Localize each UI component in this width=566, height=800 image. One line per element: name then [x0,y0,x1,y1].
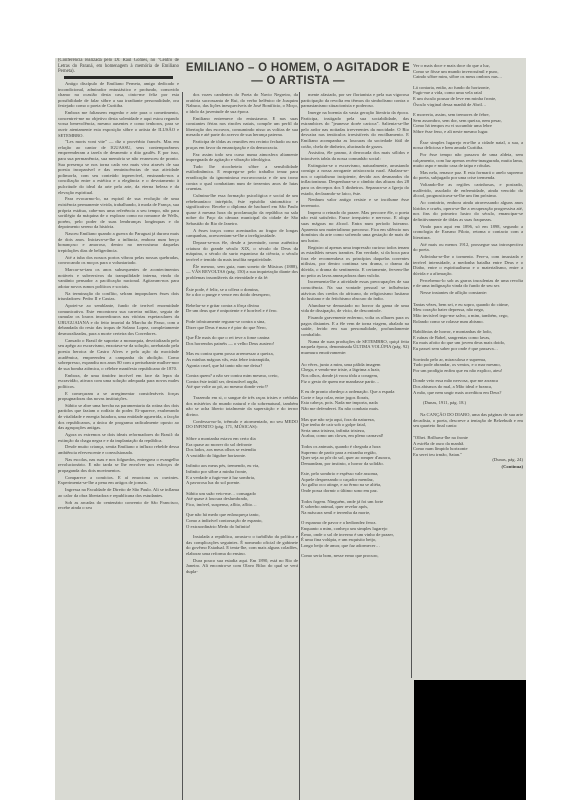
paragraph: Agora os extremos se dois ideais reforma… [58,432,179,443]
paragraph: Tudo lhe ricocheteia sôbre a sensibilida… [186,164,298,192]
paragraph: Assistira, êle pasmo, à derrocada dos ma… [301,150,409,161]
paragraph: Confessa-no-lo, trêmulo e atormentado, n… [186,419,298,430]
strikethrough-line [64,76,173,79]
paragraph: Nasceu Emiliano quando a guerra do Parag… [58,231,179,253]
paragraph: Numa de suas produções de SETEMBRO, quiç… [301,339,409,356]
paragraph: "Les morts vont vite" — diz o provérbio … [58,139,179,195]
paragraph: Faz assim todo seu curso numa atmosfera … [186,152,298,163]
column-4-verses: Tantas vêzes, bem sei, e eu sopro, quand… [413,297,523,400]
paragraph: Adivinha-se-lhe o tormento. Fere-a, com … [413,254,523,276]
paragraph: Nas escolas, nas ruas e nos folguedos, e… [58,457,179,474]
continued-label: (Continua) [413,464,523,470]
paragraph: Culmina-lhe essa formação psicológica e … [186,193,298,227]
paragraph: Imerge na boemia da vasta geração literá… [301,110,409,149]
column-4-verses-top: Ver o mais doce e mais doce do que a luz… [413,58,523,140]
newspaper-scan: EMILIANO – O HOMEM, O AGITADOR E — O ART… [55,58,526,800]
column-2-verses-after: Sôbre a montanha estava em certo diaEra … [186,431,298,534]
title-line-2: — O ARTISTA — [183,75,413,88]
column-divider [182,92,183,800]
paragraph: Cansado o Brasil de suportar a monarquia… [58,338,179,372]
paragraph: Êsse simples lugarejo era-lhe a cidade n… [413,140,523,151]
paragraph: Mas nela, renasce paz. E esta formará o … [413,170,523,181]
column-3-paragraphs: mente afastado, por ser florianista e pe… [301,92,409,356]
paragraph: dos vozes candentes do Poeta do Navio Ne… [186,92,298,114]
verse-line: Mão invisível tego-me salvo, a mim, tamb… [413,313,523,319]
paragraph: Dura pouco sua estadia aqui. Em 1890, es… [186,558,298,575]
paragraph: Na terminação do conflito, selram impopu… [58,291,179,302]
paragraph: Voltando-lhe as regiões carinhosas, e po… [413,182,523,199]
paragraph: Antigo discípulo de Emiliano Perneta, am… [58,81,179,109]
paragraph: Ingressa na Faculdade de Direito de São … [58,487,179,498]
paragraph: Depara-se-nos êle, desde a juventude, co… [186,240,298,262]
title-line-1: EMILIANO – O HOMEM, O AGITADOR E [183,62,413,75]
paragraph: Êle mesmo, sem guia, num soneto de Músic… [186,264,298,281]
paragraph: Afundara-se demasiado no horror da gama … [301,303,409,314]
paragraph: Para evocarmo-lo, na espiral de sua evol… [58,196,179,230]
paragraph: Na CANÇÃO DO DIABO, uma das páginas de s… [413,412,523,429]
paragraph: Até mais ou menos 1912, prossegue sua in… [413,242,523,253]
verse-line: E eu de pronto obedeço a ordenação. Que … [301,389,409,395]
paragraph: Embora, de uma timidez incrível em face … [58,373,179,390]
paragraph: Percebemo-lo sob as garras truculentas d… [413,278,523,289]
column-1: (Conferência realizada pelo Dr. Raul Gom… [58,58,179,512]
paragraph: E começaram a se arregimentar consideráv… [58,391,179,402]
column-3-closing: Como seria bom, nesse ermo que procuro, [301,553,409,559]
paragraph: Sob as arcadas do centenário convento de… [58,500,179,511]
column-divider [411,118,412,678]
paragraph: Incrementa-lhe a atividade essas preocup… [301,279,409,301]
paragraph: Trazendo em si, o sangue de três raças t… [186,395,298,417]
paragraph: Emiliano entremece do entusiasmo. E nas … [186,116,298,138]
paragraph: Extinguira-se o escravismo, naturalmente… [301,163,409,197]
column-1-paragraphs: Antigo discípulo de Emiliano Perneta, am… [58,81,179,511]
column-2-paragraphs: dos vozes candentes do Poeta do Navio Ne… [186,92,298,281]
column-4-verses-after: "Olhei. Brilhava-lhe na fronteA estrêla … [413,435,523,457]
paragraph: Súbito se abre uma brecha na paramentari… [58,403,179,431]
column-2-verses: Êste pode, é feliz, se a cólera o domina… [186,282,298,395]
column-2-closing: Instalada a república, arrasta-o o turbi… [186,534,298,574]
column-divider [299,92,300,800]
paragraph: Fixando gravemente enfermo, volta os olh… [301,315,409,337]
column-2: dos vozes candentes do Poeta do Navio Ne… [186,92,298,576]
paragraph: A êsses traços como acentuados ao fragor… [186,228,298,239]
column-3-verses: Ao vêres, junto a mim, uma pálida imagem… [301,357,409,554]
paragraph: Impera o reinado do prazer. Mas percorre… [301,210,409,244]
paragraph: Marcar-se-iam os anos subsequentes de ac… [58,267,179,289]
paragraph: Ao contrário, embora ainda atravessando … [413,200,523,222]
paragraph: Desde muito criança, sentia Emiliano o i… [58,444,179,455]
article-title: EMILIANO – O HOMEM, O AGITADOR E — O ART… [183,62,413,88]
paragraph: Vindo para aqui em 1896, só em 1898, seg… [413,224,523,241]
paragraph: Apoiei-se ao semblante, fundo de terríve… [58,303,179,337]
paragraph: Até a tuba dos nossos portos vibrou pela… [58,255,179,266]
paragraph: mente afastado, por ser florianista e pe… [301,92,409,109]
paragraph: Comparece a comícios. E aí emociona os o… [58,475,179,486]
paragraph: Nenhum valor antigo resiste e se incólum… [301,197,409,208]
intro-note: (Conferência realizada pelo Dr. Raul Gom… [58,58,179,75]
paragraph: Nesse instantes de aflição constante: [413,290,523,296]
paragraph: Instalada a república, arrasta-o o turbi… [186,534,298,556]
citation: (Dunas, pág. 24) [413,457,523,463]
paragraph: Participa de tôdas as reuniões em recint… [186,139,298,150]
black-redaction-block [414,680,526,800]
paragraph: Embora me faltassem engenho e arte para … [58,110,179,138]
citation: (Dunas, 1911, pág. 18.) [413,400,523,406]
column-3: mente afastado, por ser florianista e pe… [301,92,409,559]
paragraph: Registro aí apenas uma impressão curioso… [301,245,409,279]
column-2-paragraphs-after: Trazendo em si, o sangue de três raças t… [186,395,298,430]
column-4-paragraphs: Êsse simples lugarejo era-lhe a cidade n… [413,140,523,296]
paragraph: Por êsse tempo não passava de uma aldeia… [413,152,523,169]
column-4: Ver o mais doce e mais doce do que a luz… [413,58,523,471]
